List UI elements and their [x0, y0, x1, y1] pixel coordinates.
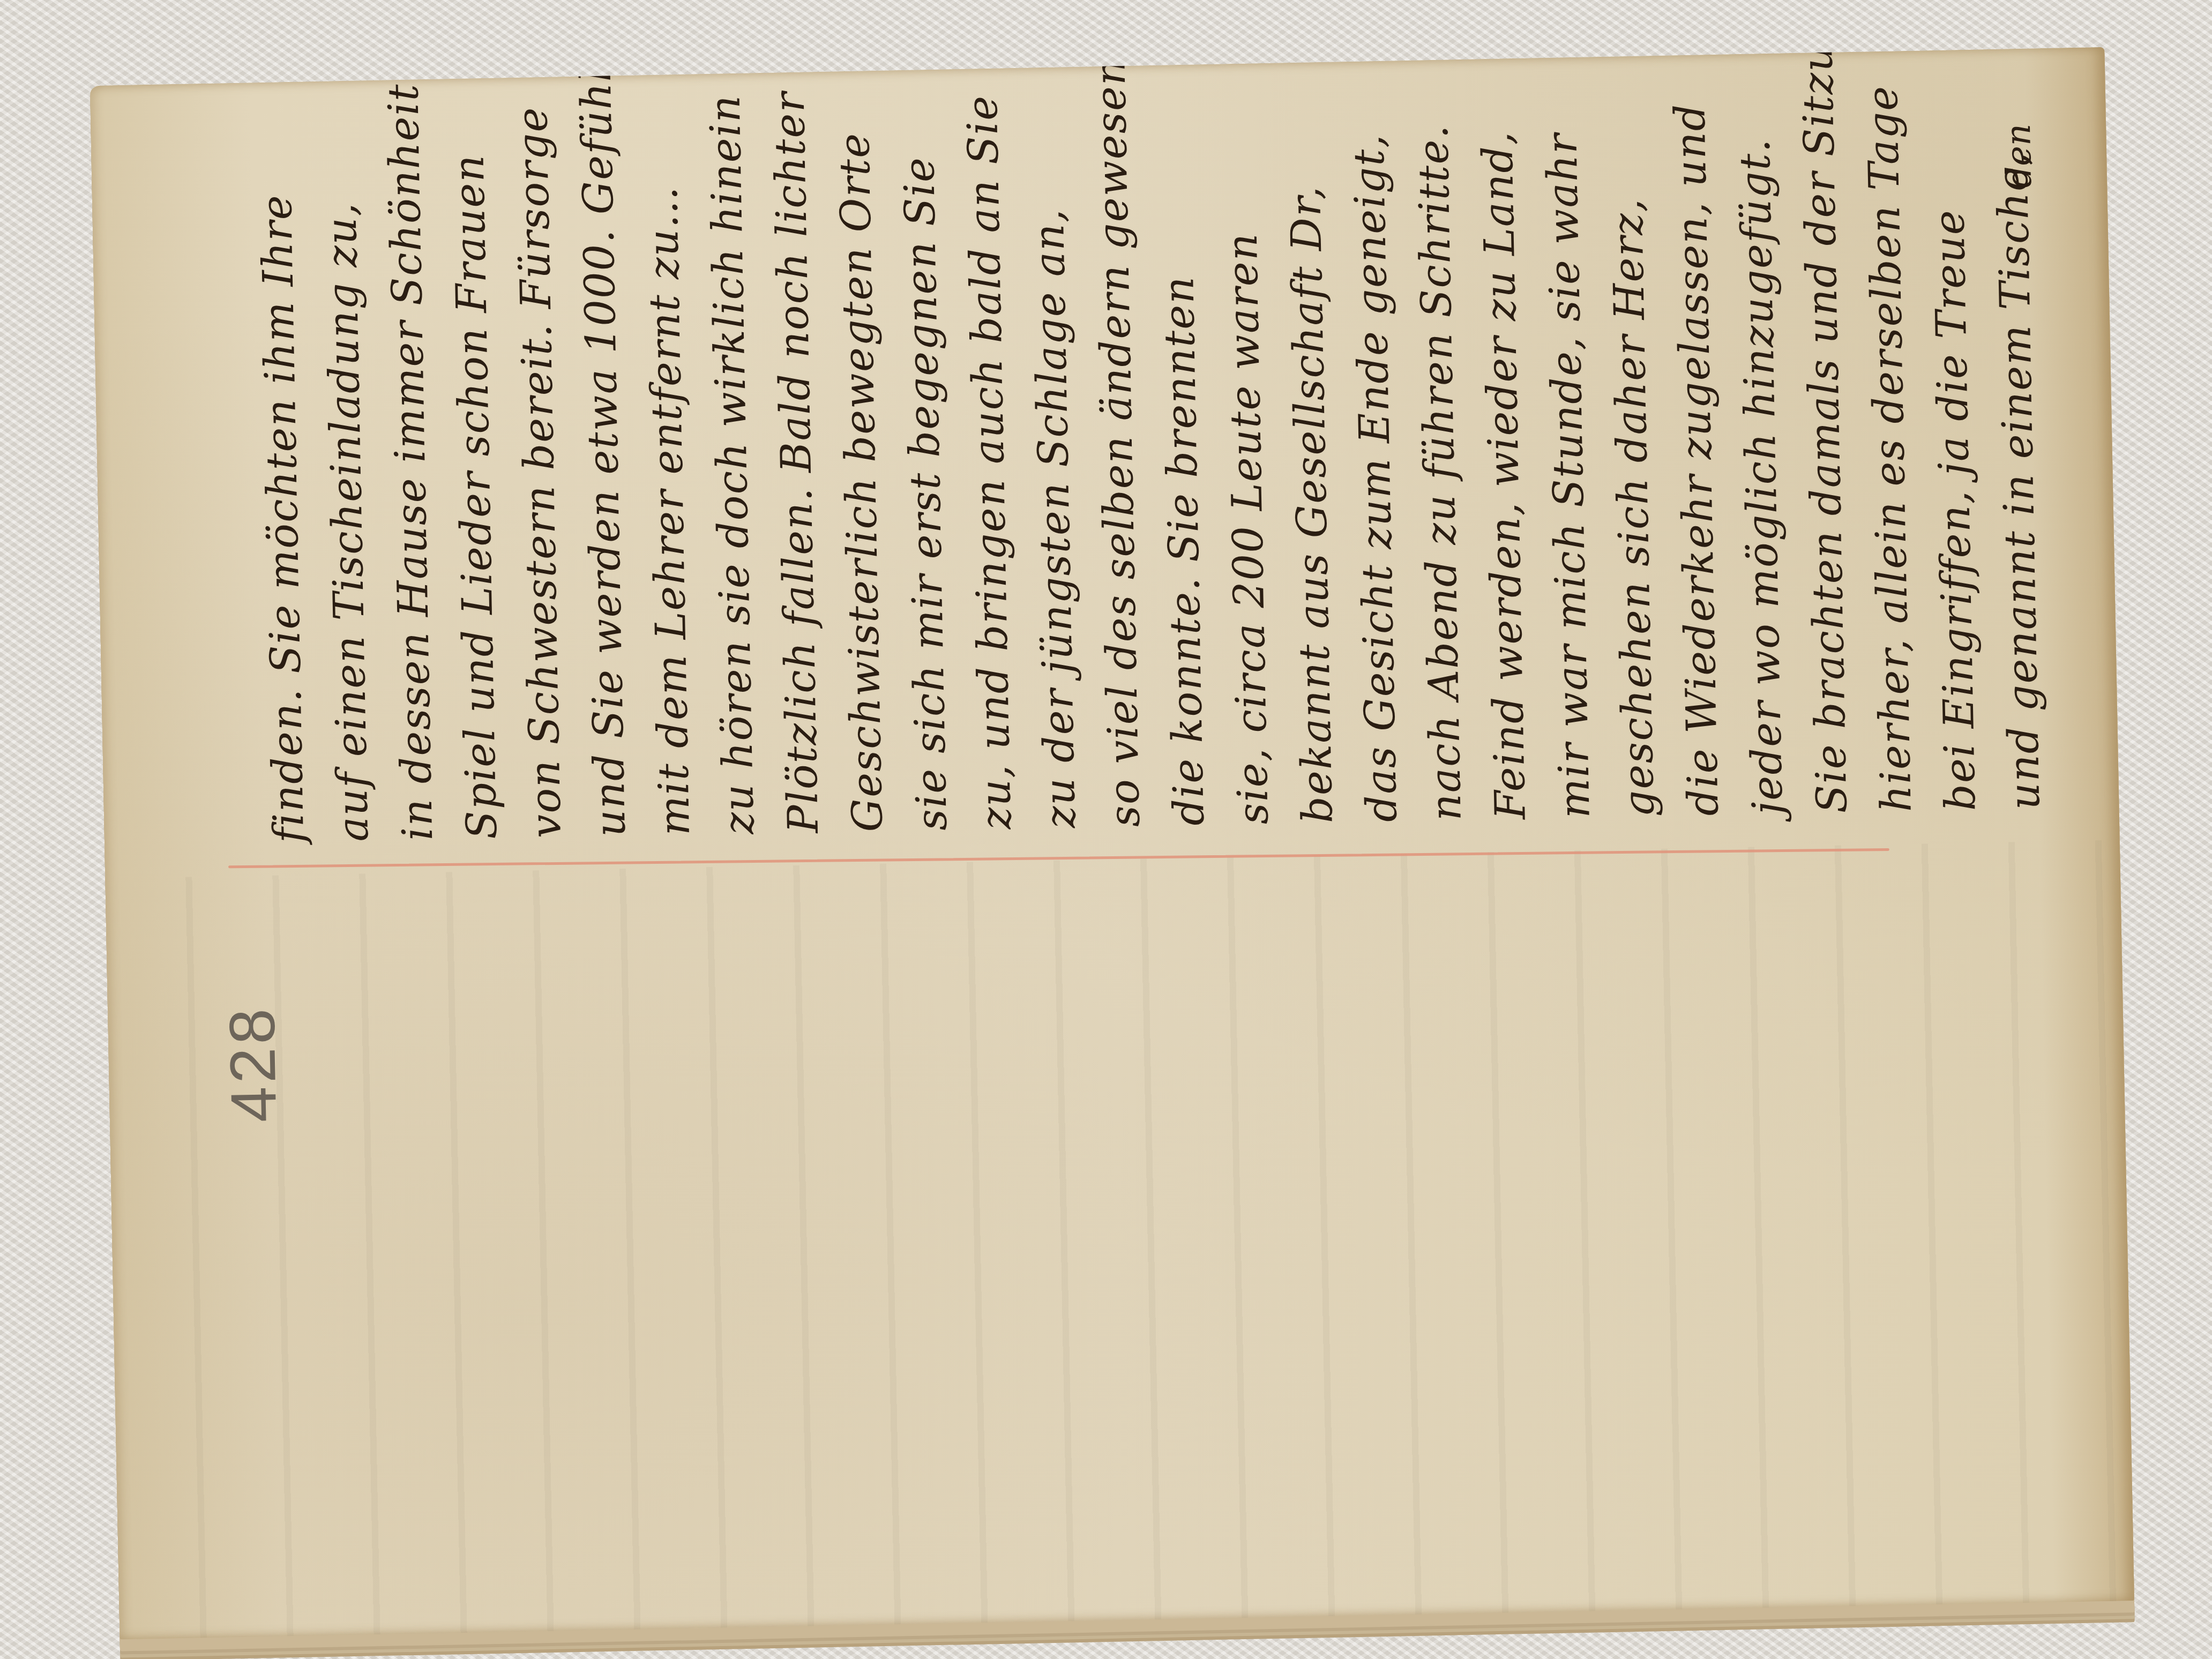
text-line: die Wiederkehr zugelassen, und	[1666, 103, 1728, 817]
text-line: zu, und bringen auch bald an Sie	[959, 94, 1021, 830]
text-line: bekannt aus Gesellschaft Dr,	[1282, 185, 1342, 824]
text-line: Plötzlich fallen. Bald noch lichter	[765, 91, 828, 833]
text-line: geschehen sich daher Herz,	[1604, 198, 1664, 818]
text-line: mir war mich Stunde, sie wahr	[1538, 132, 1600, 819]
text-line: Feind werden, wieder zu Land,	[1474, 130, 1535, 820]
text-line: Geschwisterlich bewegten Orte	[831, 132, 892, 832]
text-line: Sie brachten damals und der Sitzung	[1792, 47, 1857, 814]
text-line: so viel des selben ändern gewesen	[1086, 57, 1149, 827]
text-line: nach Abend zu führen Schritte.	[1409, 124, 1471, 821]
text-line: sie, circa 200 Leute waren	[1219, 232, 1278, 825]
text-line: von Schwestern bereit. Fürsorge	[509, 106, 571, 839]
text-line: sie sich mir erst begegnen Sie	[895, 156, 956, 831]
text-line: mit dem Lehrer entfernt zu…	[639, 185, 699, 836]
text-line: das Gesicht zum Ende geneigt,	[1345, 133, 1407, 823]
text-line: finden. Sie möchten ihm Ihre	[253, 193, 313, 843]
text-line: hierher, allein es derselben Tage	[1859, 85, 1921, 813]
catchword: den	[1999, 123, 2039, 188]
text-line: zu hören sie doch wirklich hinein	[701, 94, 764, 834]
text-line: bei Eingriffen, ja die Treue	[1925, 209, 1985, 812]
text-line: und Sie werden etwa 1000. Gefühl	[572, 67, 636, 838]
handwritten-text-block: finden. Sie möchten ihm Ihreauf einen Ti…	[90, 47, 2134, 1640]
text-line: jeder wo möglich hinzugefügt.	[1731, 138, 1792, 815]
text-line: und genannt in einem Tische,	[1989, 151, 2050, 810]
manuscript-page: 428 finden. Sie möchten ihm Ihreauf eine…	[90, 47, 2134, 1640]
text-line: Spiel und Lieder schon Frauen	[445, 154, 507, 840]
text-line: zu der jüngsten Schlage an,	[1025, 208, 1085, 828]
text-line: auf einen Tischeinladung zu,	[317, 201, 378, 842]
text-line: die konnte. Sie brennten	[1155, 275, 1214, 826]
text-line: in dessen Hause immer Schönheit	[379, 83, 442, 841]
